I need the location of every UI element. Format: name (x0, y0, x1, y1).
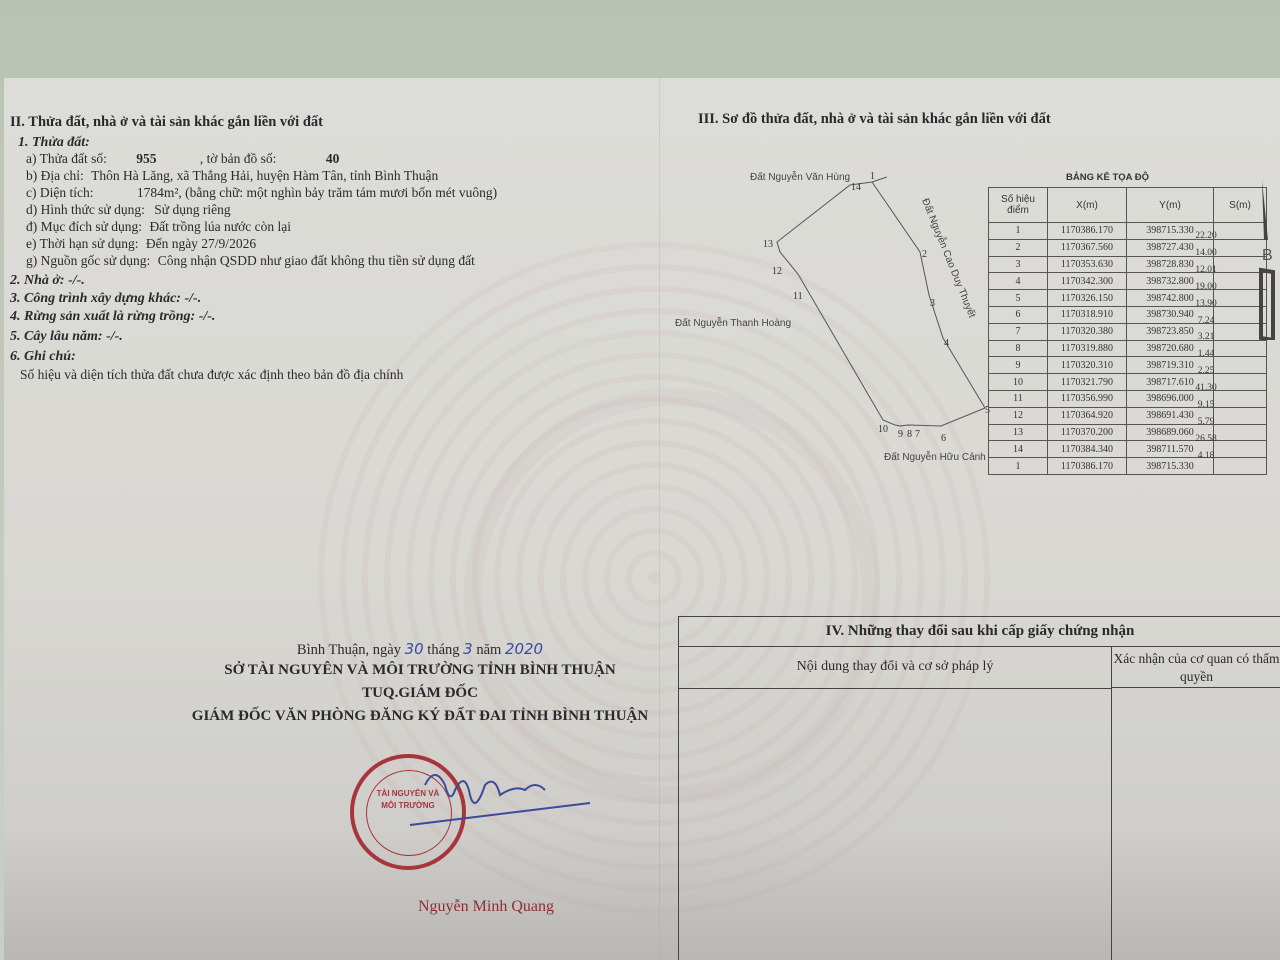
point-id: 12 (989, 407, 1048, 424)
svg-text:6: 6 (941, 433, 946, 444)
col-y: Y(m) (1127, 188, 1214, 223)
changes-section: IV. Những thay đổi sau khi cấp giấy chứn… (678, 616, 1280, 960)
item-perennial-trees: 5. Cây lâu năm: -/-. (10, 329, 123, 345)
item-notes-title: 6. Ghi chú: (10, 349, 76, 365)
use-form-row: d) Hình thức sử dụng: Sử dụng riêng (26, 202, 231, 218)
point-id: 1 (989, 223, 1048, 240)
point-id: 10 (989, 374, 1048, 391)
segment-distance: 9.15 (1180, 400, 1232, 410)
map-sheet-no: 40 (326, 151, 340, 166)
signer-name: Nguyễn Minh Quang (418, 898, 554, 916)
segment-distance: 41.30 (1180, 383, 1232, 393)
edge-mark-icon: B (1258, 180, 1278, 340)
neighbor-east: Đất Nguyễn Cao Duy Thuyết (919, 196, 979, 319)
changes-content-header: Nội dung thay đổi và cơ sở pháp lý (679, 646, 1111, 689)
point-x: 1170353.630 (1048, 256, 1127, 273)
item-other-construction: 3. Công trình xây dựng khác: -/-. (10, 291, 201, 307)
point-id: 11 (989, 390, 1048, 407)
segment-distance: 2.25 (1180, 366, 1232, 376)
item-house: 2. Nhà ở: -/-. (10, 273, 85, 289)
svg-text:9: 9 (898, 429, 903, 440)
point-x: 1170356.990 (1048, 390, 1127, 407)
parcel-no: 955 (136, 151, 156, 166)
point-x: 1170342.300 (1048, 273, 1127, 290)
point-id: 7 (989, 323, 1048, 340)
point-id: 5 (989, 290, 1048, 307)
date-month: 3 (463, 640, 473, 658)
svg-text:B: B (1262, 247, 1273, 264)
segment-distance: 19.00 (1180, 282, 1232, 292)
map-sheet-label: , tờ bản đồ số: (200, 151, 277, 166)
svg-text:11: 11 (793, 291, 803, 302)
segment-distance: 5.79 (1180, 417, 1232, 427)
point-id: 6 (989, 306, 1048, 323)
svg-text:7: 7 (915, 429, 920, 440)
segment-distance: 26.58 (1180, 434, 1232, 444)
neighbor-north: Đất Nguyễn Văn Hùng (750, 170, 850, 183)
year-label: năm (476, 642, 501, 658)
area-row: c) Diện tích: 1784m², (bằng chữ: một ngh… (26, 185, 497, 201)
segment-distance: 12.01 (1180, 265, 1232, 275)
point-labels: 114 23 45 67 89 1011 1213 (763, 171, 990, 444)
section4-title: IV. Những thay đổi sau khi cấp giấy chứn… (679, 616, 1280, 647)
col-x: X(m) (1048, 188, 1127, 223)
authority-confirmation-header: Xác nhận của cơ quan có thẩm quyền (1111, 646, 1280, 688)
point-id: 2 (989, 239, 1048, 256)
point-x: 1170384.340 (1048, 441, 1127, 458)
segment-distance: 3.21 (1180, 332, 1232, 342)
segment-distance: 7.24 (1180, 316, 1232, 326)
area-words: , (bằng chữ: một nghìn bảy trăm tám mươi… (178, 185, 497, 200)
segment-distance: 22.20 (1180, 231, 1232, 241)
handwritten-signature (395, 765, 595, 835)
segment-distance: 14.00 (1180, 248, 1232, 258)
point-x: 1170370.200 (1048, 424, 1127, 441)
coord-table-title: BẢNG KÊ TỌA ĐỘ (1066, 172, 1149, 183)
neighbor-south: Đất Nguyễn Hữu Cảnh (884, 450, 986, 463)
point-id: 3 (989, 256, 1048, 273)
point-id: 1 (989, 458, 1048, 475)
svg-text:1: 1 (870, 171, 875, 182)
column-divider (1111, 688, 1112, 960)
term-value: Đến ngày 27/9/2026 (146, 236, 256, 251)
date-year: 2020 (505, 640, 543, 658)
date-day: 30 (405, 640, 424, 658)
place-date-prefix: Bình Thuận, ngày (297, 642, 401, 658)
point-id: 9 (989, 357, 1048, 374)
point-x: 1170319.880 (1048, 340, 1127, 357)
point-id: 8 (989, 340, 1048, 357)
area-label: c) Diện tích: (26, 185, 93, 200)
purpose-label: đ) Mục đích sử dụng: (26, 219, 142, 234)
parcel-diagram: Đất Nguyễn Văn Hùng Đất Nguyễn Thanh Hoà… (660, 160, 1000, 470)
on-behalf-of: TUQ.GIÁM ĐỐC (150, 682, 690, 705)
point-id: 14 (989, 441, 1048, 458)
item-planted-forest: 4. Rừng sản xuất là rừng trồng: -/-. (10, 309, 215, 325)
point-x: 1170326.150 (1048, 290, 1127, 307)
col-point-id: Số hiệu điểm (989, 188, 1048, 223)
term-row: e) Thời hạn sử dụng: Đến ngày 27/9/2026 (26, 236, 256, 252)
point-x: 1170318.910 (1048, 306, 1127, 323)
point-x: 1170321.790 (1048, 374, 1127, 391)
place-date: Bình Thuận, ngày 30 tháng 3 năm 2020 (150, 640, 690, 659)
use-form-label: d) Hình thức sử dụng: (26, 202, 145, 217)
section3-title: III. Sơ đồ thửa đất, nhà ở và tài sản kh… (698, 111, 1051, 128)
point-x: 1170367.560 (1048, 239, 1127, 256)
point-x: 1170364.920 (1048, 407, 1127, 424)
address-label: b) Địa chỉ: (26, 168, 84, 183)
svg-text:2: 2 (922, 249, 927, 260)
purpose-value: Đất trồng lúa nước còn lại (149, 219, 291, 234)
point-id: 4 (989, 273, 1048, 290)
svg-text:4: 4 (944, 338, 949, 349)
point-x: 1170320.380 (1048, 323, 1127, 340)
parcel-boundary (777, 177, 985, 426)
address-row: b) Địa chỉ: Thôn Hà Lăng, xã Thắng Hải, … (26, 168, 438, 184)
parcel-no-label: a) Thửa đất số: (26, 151, 107, 166)
area-value: 1784m² (137, 185, 179, 200)
coord-table-header: Số hiệu điểm X(m) Y(m) S(m) (989, 188, 1267, 223)
signer-position: GIÁM ĐỐC VĂN PHÒNG ĐĂNG KÝ ĐẤT ĐAI TỈNH … (150, 705, 690, 728)
point-x: 1170386.170 (1048, 223, 1127, 240)
signature-block: Bình Thuận, ngày 30 tháng 3 năm 2020 SỞ … (150, 640, 690, 728)
parcel-number-row: a) Thửa đất số: 955 , tờ bản đồ số: 40 (26, 151, 339, 167)
segment-distance: 4.18 (1180, 451, 1232, 461)
origin-label: g) Nguồn gốc sử dụng: (26, 253, 150, 268)
origin-row: g) Nguồn gốc sử dụng: Công nhận QSDD như… (26, 253, 475, 269)
point-x: 1170320.310 (1048, 357, 1127, 374)
note-text: Số hiệu và diện tích thửa đất chưa được … (20, 367, 403, 383)
svg-text:13: 13 (763, 239, 773, 250)
address-value: Thôn Hà Lăng, xã Thắng Hải, huyện Hàm Tâ… (91, 168, 438, 183)
section2-title: II. Thửa đất, nhà ở và tài sản khác gắn … (10, 114, 323, 131)
point-id: 13 (989, 424, 1048, 441)
origin-value: Công nhận QSDD như giao đất không thu ti… (158, 253, 475, 268)
purpose-row: đ) Mục đích sử dụng: Đất trồng lúa nước … (26, 219, 291, 235)
neighbor-west: Đất Nguyễn Thanh Hoàng (675, 316, 791, 329)
svg-text:3: 3 (930, 298, 935, 309)
month-label: tháng (427, 642, 459, 658)
svg-text:12: 12 (772, 266, 782, 277)
term-label: e) Thời hạn sử dụng: (26, 236, 138, 251)
point-x: 1170386.170 (1048, 458, 1127, 475)
segment-distance: 13.90 (1180, 299, 1232, 309)
svg-text:10: 10 (878, 424, 888, 435)
use-form-value: Sử dụng riêng (154, 202, 230, 217)
svg-text:14: 14 (851, 182, 861, 193)
issuing-org: SỞ TÀI NGUYÊN VÀ MÔI TRƯỜNG TỈNH BÌNH TH… (150, 659, 690, 682)
svg-text:8: 8 (907, 429, 912, 440)
section2-sub1-title: 1. Thửa đất: (18, 135, 90, 151)
segment-distance: 1.44 (1180, 349, 1232, 359)
